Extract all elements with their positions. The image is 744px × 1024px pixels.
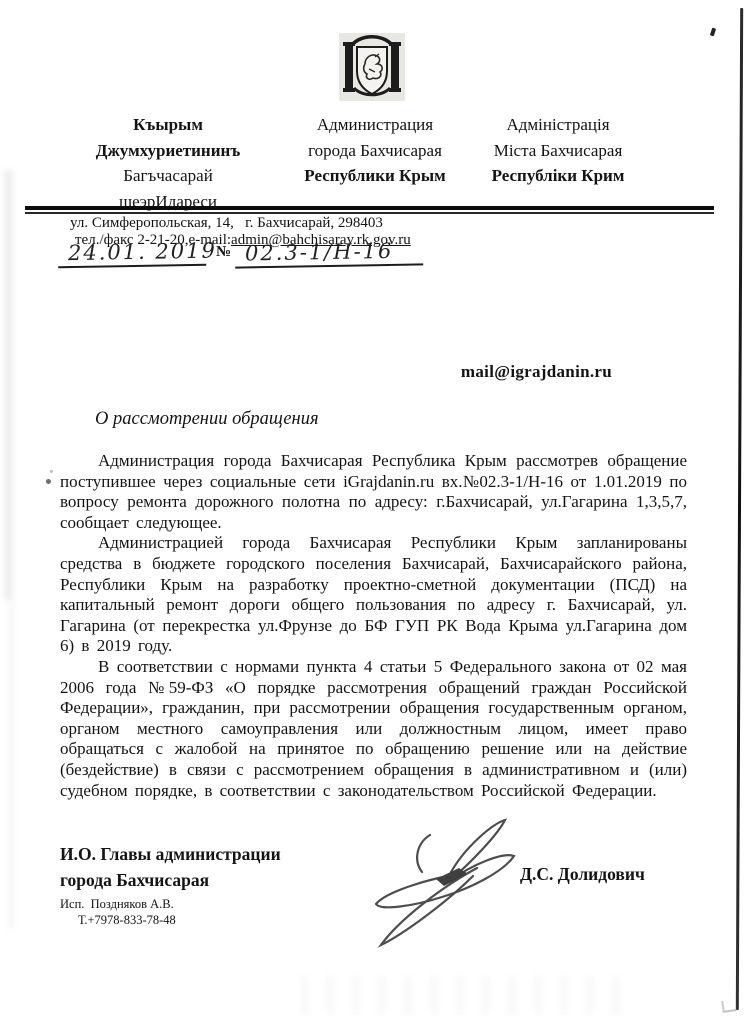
scan-edge-shadow <box>736 8 743 1010</box>
org-name-line: Республики Крым <box>284 163 466 189</box>
ink-speck <box>50 470 53 473</box>
org-name-line: Багъчасарай <box>52 163 284 189</box>
letterhead-divider-thin <box>25 212 714 214</box>
ink-speck <box>46 479 51 484</box>
org-name-line: Міста Бахчисарая <box>462 138 654 164</box>
recipient-email: mail@igrajdanin.ru <box>0 362 612 382</box>
scan-smudge <box>4 170 13 600</box>
org-address: ул. Симферопольская, 14, г. Бахчисарай, … <box>70 215 383 232</box>
org-name-line: Адміністрація <box>462 112 654 138</box>
letterhead-divider-thick <box>25 206 714 210</box>
scanned-letter-page: Къырым Джумхуриетининъ Багъчасарай шеэрИ… <box>0 0 744 1024</box>
scan-corner-mark <box>721 999 737 1013</box>
org-name-line: шеэрИдареси <box>52 189 284 215</box>
signatory-position-line1: И.О. Главы администрации <box>60 844 281 864</box>
org-name-line: Къырым <box>52 112 284 138</box>
org-name-russian: Администрация города Бахчисарая Республи… <box>284 112 466 189</box>
page-bleedthrough-ghosting <box>300 975 630 1015</box>
letter-body: Администрация города Бахчисарая Республи… <box>60 451 687 801</box>
signatory-position-line2: города Бахчисарая <box>60 870 209 890</box>
outgoing-reference-line: 24.01. 2019№02.3-1/Н-16 <box>58 240 423 267</box>
coat-of-arms-icon <box>339 33 405 101</box>
org-name-line: Джумхуриетининъ <box>52 138 284 164</box>
body-paragraph-1: Администрация города Бахчисарая Республи… <box>60 451 687 533</box>
executor-name: Исп. Поздняков А.В. <box>60 897 174 912</box>
ink-speck <box>710 28 716 37</box>
handwritten-signature-icon <box>352 816 534 948</box>
body-paragraph-2: Администрацией города Бахчисарая Республ… <box>60 533 687 657</box>
handwritten-outgoing-number: 02.3-1/Н-16 <box>235 238 423 268</box>
body-paragraph-3: В соответствии с нормами пункта 4 статьи… <box>60 657 687 801</box>
handwritten-date: 24.01. 2019 <box>58 239 206 269</box>
org-name-crimean-tatar: Къырым Джумхуриетининъ Багъчасарай шеэрИ… <box>52 112 284 214</box>
subject-line: О рассмотрении обращения <box>95 409 319 430</box>
number-sign: № <box>216 244 231 260</box>
org-name-line: Администрация <box>284 112 466 138</box>
org-name-ukrainian: Адміністрація Міста Бахчисарая Республік… <box>462 112 654 189</box>
signatory-position: И.О. Главы администрациигорода Бахчисара… <box>60 841 281 893</box>
org-name-line: Республіки Крим <box>462 163 654 189</box>
org-name-line: города Бахчисарая <box>284 138 466 164</box>
scan-smudge <box>8 600 14 930</box>
signatory-name: Д.С. Долидович <box>520 864 680 885</box>
executor-phone: Т.+7978-833-78-48 <box>78 913 176 928</box>
